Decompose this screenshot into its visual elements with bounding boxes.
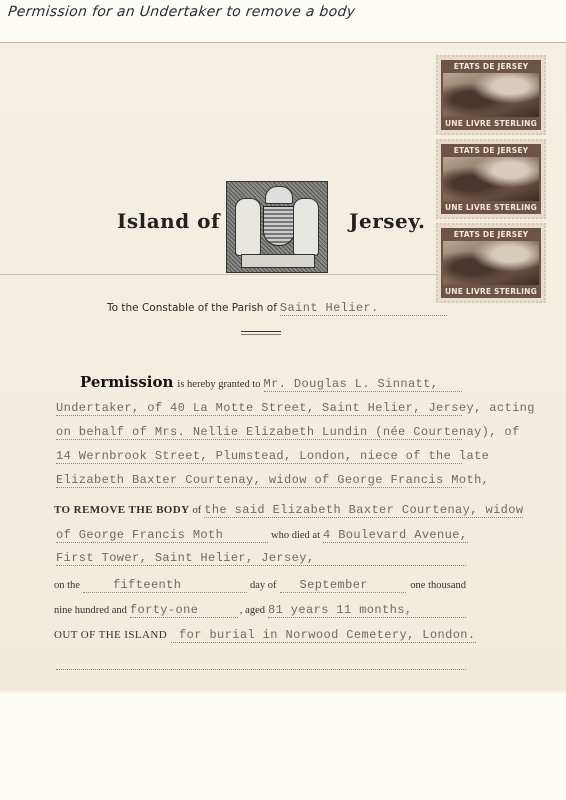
stamp-top-text: ETATS DE JERSEY	[443, 146, 539, 155]
date-line: on the fifteenth day of September one th…	[54, 578, 466, 593]
died-at-label: who died at	[271, 530, 320, 541]
addressee-line: To the Constable of the Parish of Saint …	[107, 301, 447, 316]
place-line-2: First Tower, Saint Helier, Jersey,	[56, 551, 314, 565]
grantee-line-2: Undertaker, of 40 La Motte Street, Saint…	[56, 401, 535, 415]
shield-icon	[263, 206, 295, 246]
age-value: 81 years 11 months,	[268, 603, 412, 617]
granted-label: is hereby granted to	[177, 379, 260, 390]
fold-line	[0, 274, 486, 275]
stamp-bottom-text: UNE LIVRE STERLING	[443, 287, 539, 296]
year-age-line: nine hundred and forty-one , aged 81 yea…	[54, 603, 466, 618]
grantee-row: 14 Wernbrook Street, Plumstead, London, …	[56, 449, 462, 464]
permit-document: ETATS DE JERSEY UNE LIVRE STERLING ETATS…	[0, 42, 566, 691]
out-of-island-label: OUT OF THE ISLAND	[54, 629, 167, 641]
died-at-line: of George Francis Moth who died at 4 Bou…	[56, 528, 468, 543]
grantee-line-3: on behalf of Mrs. Nellie Elizabeth Lundi…	[56, 425, 520, 439]
deceased-line-2: of George Francis Moth	[56, 528, 223, 542]
parish-value: Saint Helier.	[280, 301, 379, 315]
grantee-row: Undertaker, of 40 La Motte Street, Saint…	[56, 401, 462, 416]
blank-line	[56, 655, 466, 670]
aged-label: , aged	[240, 605, 265, 616]
stamp-bottom-text: UNE LIVRE STERLING	[443, 119, 539, 128]
year-value: forty-one	[130, 603, 198, 617]
remove-body-line: TO REMOVE THE BODY of the said Elizabeth…	[54, 503, 466, 518]
handwritten-note: Permission for an Undertaker to remove a…	[7, 4, 356, 20]
nine-hundred-label: nine hundred and	[54, 605, 127, 616]
month-value: September	[300, 578, 368, 592]
title-island-of: Island of	[117, 209, 220, 233]
day-of-label: day of	[250, 580, 277, 591]
motto-scroll-icon	[241, 254, 315, 268]
day-value: fifteenth	[113, 578, 181, 592]
destination-value: for burial in Norwood Cemetery, London.	[179, 628, 475, 642]
stamp-top-text: ETATS DE JERSEY	[443, 62, 539, 71]
grantee-line-1: Mr. Douglas L. Sinnatt,	[264, 377, 439, 391]
coat-of-arms-icon	[226, 181, 328, 273]
on-the-label: on the	[54, 580, 80, 591]
place-line-1: 4 Boulevard Avenue,	[323, 528, 467, 542]
grantee-line-5: Elizabeth Baxter Courtenay, widow of Geo…	[56, 473, 489, 487]
grantee-row: on behalf of Mrs. Nellie Elizabeth Lundi…	[56, 425, 462, 440]
deceased-line-1: the said Elizabeth Baxter Courtenay, wid…	[204, 503, 523, 517]
place-row: First Tower, Saint Helier, Jersey,	[56, 551, 466, 566]
revenue-stamp: ETATS DE JERSEY UNE LIVRE STERLING	[436, 55, 546, 135]
lion-icon	[235, 198, 261, 256]
stamp-battle-scene-icon	[443, 73, 539, 117]
title-jersey: Jersey.	[349, 209, 426, 233]
one-thousand-label: one thousand	[410, 580, 466, 591]
of-label: of	[192, 505, 201, 516]
permission-label: Permission	[80, 373, 173, 391]
divider-rule	[241, 331, 281, 335]
crown-icon	[265, 186, 293, 204]
remove-body-label: TO REMOVE THE BODY	[54, 504, 189, 516]
addressee-label: To the Constable of the Parish of	[107, 302, 277, 314]
unicorn-icon	[293, 198, 319, 256]
grantee-line-4: 14 Wernbrook Street, Plumstead, London, …	[56, 449, 489, 463]
permission-line: Permission is hereby granted to Mr. Doug…	[80, 373, 462, 392]
document-heading: Island of Jersey.	[0, 181, 566, 271]
grantee-row: Elizabeth Baxter Courtenay, widow of Geo…	[56, 473, 462, 488]
destination-line: OUT OF THE ISLAND for burial in Norwood …	[54, 628, 466, 643]
